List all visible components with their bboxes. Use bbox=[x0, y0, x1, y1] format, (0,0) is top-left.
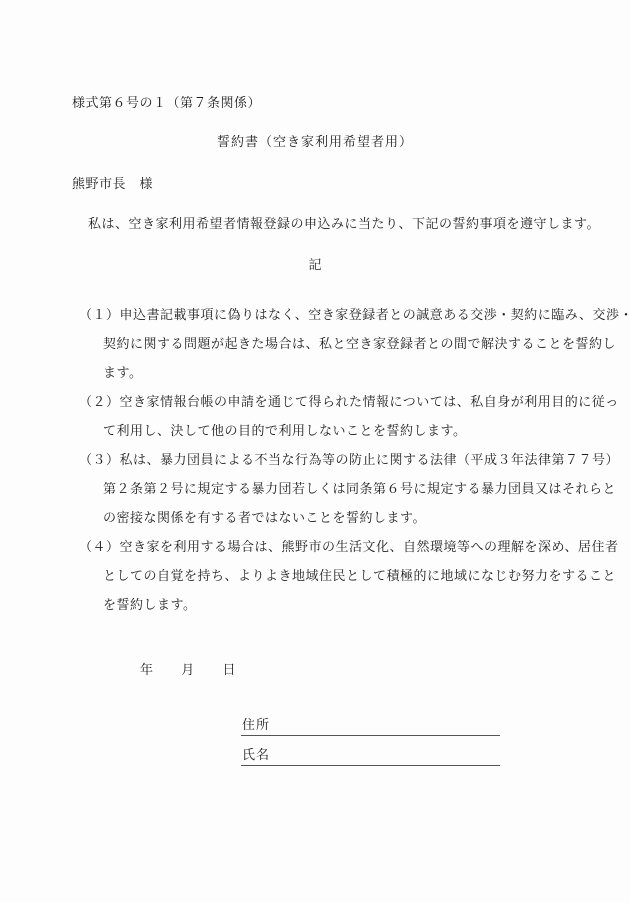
month-label: 月 bbox=[181, 659, 194, 678]
document-page: 様式第６号の１（第７条関係） 誓約書（空き家利用希望者用） 熊野市長 様 私は、… bbox=[0, 0, 630, 903]
address-field-row: 住所 bbox=[241, 714, 500, 736]
pledge-item-1-line-2: 契約に関する問題が起きた場合は、私と空き家登録者との間で解決することを誓約し bbox=[72, 329, 572, 358]
pledge-item-2-line-1: （２）空き家情報台帳の申請を通じて得られた情報については、私自身が利用目的に従っ bbox=[72, 387, 572, 416]
day-label: 日 bbox=[223, 659, 236, 678]
pledge-item-2-line-2: て利用し、決して他の目的で利用しないことを誓約します。 bbox=[72, 416, 572, 445]
heading-ki: 記 bbox=[0, 254, 630, 273]
pledge-item-4: （４）空き家を利用する場合は、熊野市の生活文化、自然環境等への理解を深め、居住者… bbox=[72, 532, 572, 619]
name-label: 氏名 bbox=[241, 744, 270, 765]
document-title: 誓約書（空き家利用希望者用） bbox=[0, 131, 630, 150]
addressee-line: 熊野市長 様 bbox=[72, 173, 153, 192]
pledge-item-4-line-2: としての自覚を持ち、よりよき地域住民として積極的に地域になじむ努力をすること bbox=[72, 561, 572, 590]
year-label: 年 bbox=[140, 659, 153, 678]
pledge-item-2: （２）空き家情報台帳の申請を通じて得られた情報については、私自身が利用目的に従っ… bbox=[72, 387, 572, 445]
pledge-item-3: （３）私は、暴力団員による不当な行為等の防止に関する法律（平成３年法律第７７号）… bbox=[72, 445, 572, 532]
form-number: 様式第６号の１（第７条関係） bbox=[72, 92, 261, 111]
pledge-item-3-line-3: の密接な関係を有する者ではないことを誓約します。 bbox=[72, 503, 572, 532]
address-label: 住所 bbox=[241, 714, 270, 735]
date-line: 年 月 日 bbox=[140, 659, 236, 678]
pledge-items: （１）申込書記載事項に偽りはなく、空き家登録者との誠意ある交渉・契約に臨み、交渉… bbox=[72, 300, 572, 619]
pledge-item-1: （１）申込書記載事項に偽りはなく、空き家登録者との誠意ある交渉・契約に臨み、交渉… bbox=[72, 300, 572, 387]
intro-text: 私は、空き家利用希望者情報登録の申込みに当たり、下記の誓約事項を遵守します。 bbox=[88, 213, 600, 232]
pledge-item-1-line-1: （１）申込書記載事項に偽りはなく、空き家登録者との誠意ある交渉・契約に臨み、交渉… bbox=[72, 300, 572, 329]
pledge-item-4-line-3: を誓約します。 bbox=[72, 590, 572, 619]
name-field-row: 氏名 bbox=[241, 744, 500, 766]
pledge-item-3-line-1: （３）私は、暴力団員による不当な行為等の防止に関する法律（平成３年法律第７７号） bbox=[72, 445, 572, 474]
pledge-item-4-line-1: （４）空き家を利用する場合は、熊野市の生活文化、自然環境等への理解を深め、居住者 bbox=[72, 532, 572, 561]
pledge-item-1-line-3: ます。 bbox=[72, 358, 572, 387]
pledge-item-3-line-2: 第２条第２号に規定する暴力団若しくは同条第６号に規定する暴力団員又はそれらと bbox=[72, 474, 572, 503]
